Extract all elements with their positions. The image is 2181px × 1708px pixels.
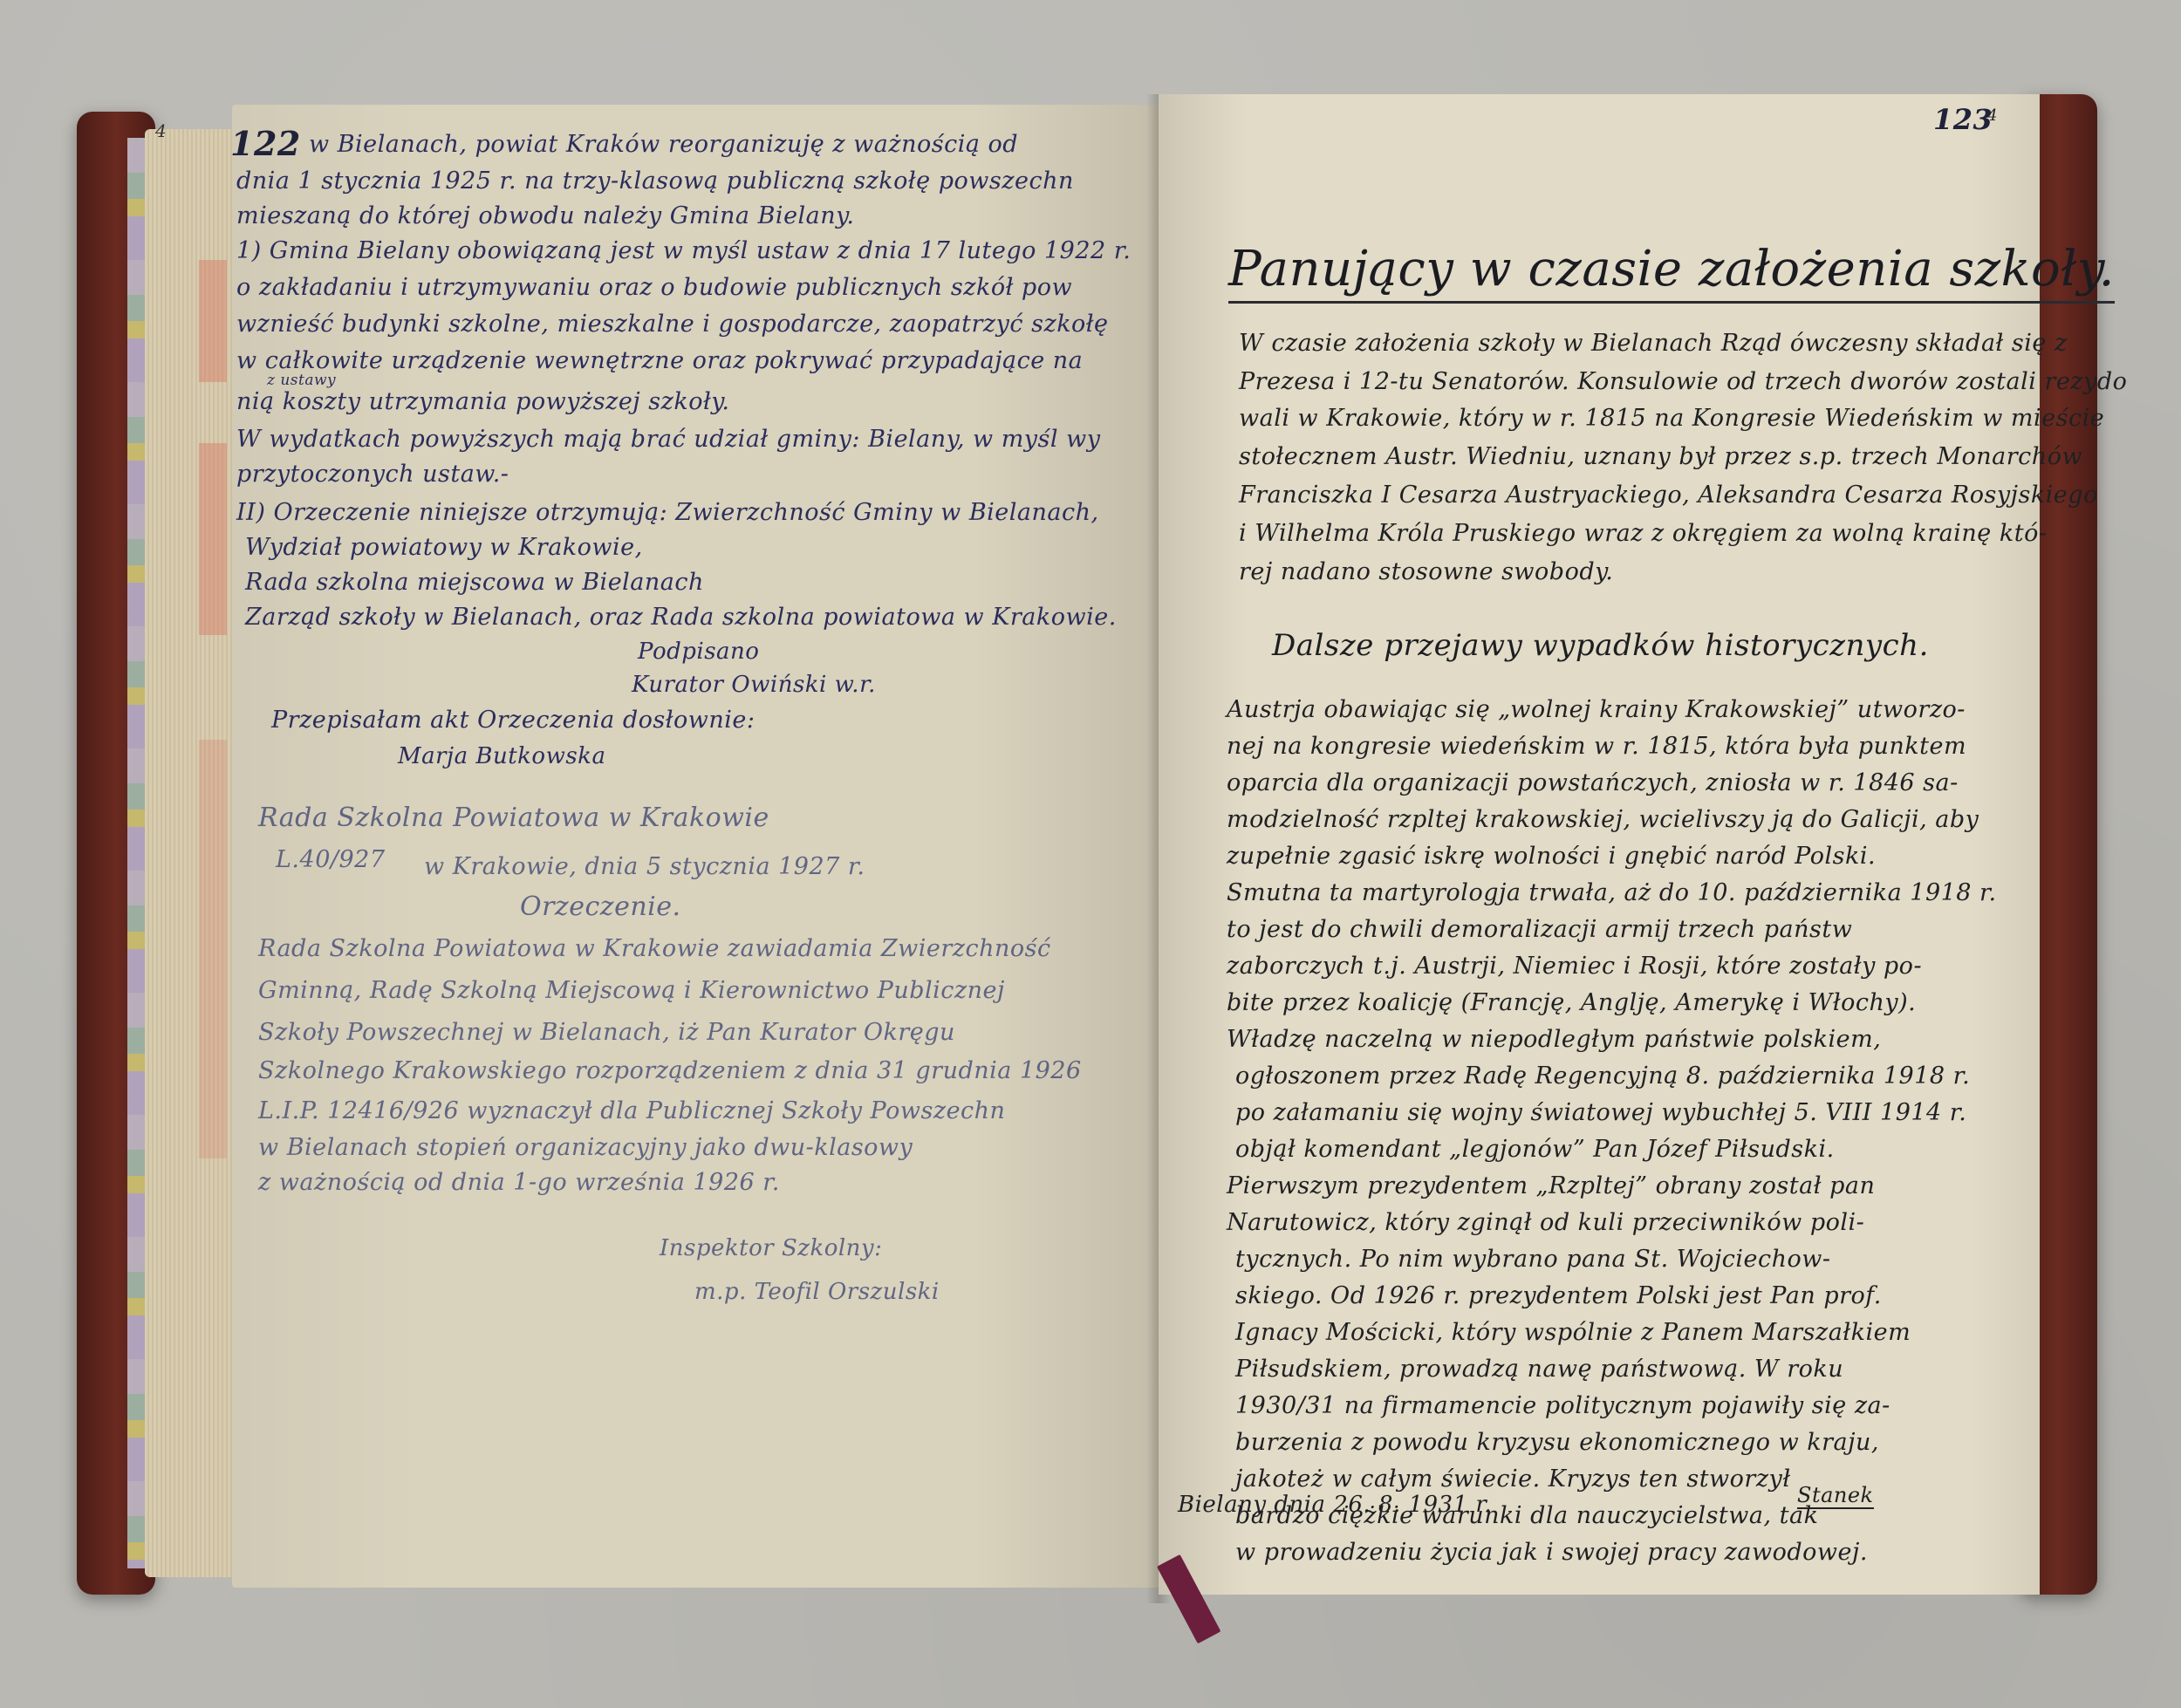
ruling-reference: L.40/927 — [276, 846, 386, 873]
text-line: w Bielanach stopień organizacyjny jako d… — [258, 1134, 913, 1161]
text-line: dnia 1 stycznia 1925 r. na trzy-klasową … — [236, 167, 1074, 195]
text-line: tycznych. Po nim wybrano pana St. Wojcie… — [1235, 1246, 1831, 1273]
copy-note: Przepisałam akt Orzeczenia dosłownie: — [271, 707, 755, 734]
text-line: z ważnością od dnia 1-go września 1926 r… — [258, 1169, 780, 1196]
text-line: Rada szkolna miejscowa w Bielanach — [245, 569, 704, 596]
marbled-endpaper — [127, 138, 147, 1568]
interlinear-note: z ustawy — [267, 372, 336, 389]
ruling-title: Orzeczenie. — [520, 892, 681, 922]
page-number: 123 — [1933, 103, 1993, 136]
text-line: Wydział powiatowy w Krakowie, — [245, 534, 643, 561]
text-line: Ignacy Mościcki, który wspólnie z Panem … — [1235, 1319, 1911, 1346]
red-edge-stain — [199, 740, 227, 1158]
page-edges-left — [145, 129, 232, 1577]
text-line: Rada Szkolna Powiatowa w Krakowie zawiad… — [258, 935, 1051, 962]
text-line: nej na kongresie wiedeńskim w r. 1815, k… — [1227, 733, 1966, 760]
text-line: Narutowicz, który zginął od kuli przeciw… — [1227, 1209, 1864, 1236]
text-line: Gminną, Radę Szkolną Miejscową i Kierown… — [258, 977, 1005, 1004]
text-line: Zarząd szkoły w Bielanach, oraz Rada szk… — [245, 604, 1117, 631]
ruling-place-date: w Krakowie, dnia 5 stycznia 1927 r. — [424, 853, 865, 880]
text-line: Szkolnego Krakowskiego rozporządzeniem z… — [258, 1057, 1082, 1084]
red-edge-stain — [199, 443, 227, 635]
page-number: 122 — [230, 124, 301, 163]
text-line: objął komendant „legjonów” Pan Józef Pił… — [1235, 1136, 1835, 1163]
text-line: Pierwszym prezydentem „Rzpltej” obrany z… — [1227, 1172, 1875, 1199]
text-line: ogłoszonem przez Radę Regencyjną 8. paźd… — [1235, 1062, 1970, 1090]
text-line: II) Orzeczenie niniejsze otrzymują: Zwie… — [236, 499, 1099, 526]
right-page: 123 4 Panujący w czasie założenia szkoły… — [1159, 94, 2040, 1595]
text-line: W wydatkach powyższych mają brać udział … — [236, 426, 1101, 453]
text-line: Smutna ta martyrologja trwała, aż do 10.… — [1227, 879, 1997, 906]
text-line: mieszaną do której obwodu należy Gmina B… — [236, 202, 854, 229]
red-edge-stain — [199, 260, 227, 382]
text-line: to jest do chwili demoralizacji armij tr… — [1227, 916, 1852, 943]
text-line: 1930/31 na firmamencie politycznym pojaw… — [1235, 1392, 1890, 1419]
text-line: w całkowite urządzenie wewnętrzne oraz p… — [236, 347, 1083, 374]
text-line: bite przez koalicję (Francję, Anglję, Am… — [1227, 989, 1916, 1016]
inspector-name: m.p. Teofil Orszulski — [694, 1279, 940, 1305]
copy-signature: Marja Butkowska — [398, 743, 605, 769]
inspector-title: Inspektor Szkolny: — [660, 1235, 882, 1261]
left-page: 4 122 w Bielanach, powiat Kraków reorgan… — [232, 105, 1159, 1588]
ruling-header: Rada Szkolna Powiatowa w Krakowie — [258, 803, 769, 833]
text-line: skiego. Od 1926 r. prezydentem Polski je… — [1235, 1282, 1882, 1309]
text-line: oparcia dla organizacji powstańczych, zn… — [1227, 769, 1959, 796]
closing-date: Bielany dnia 26. 8. 1931 r. — [1178, 1492, 1492, 1518]
text-line: wznieść budynki szkolne, mieszkalne i go… — [236, 311, 1109, 338]
text-line: zupełnie zgasić iskrę wolności i gnębić … — [1227, 843, 1876, 870]
text-line: 1) Gmina Bielany obowiązaną jest w myśl … — [236, 237, 1131, 264]
text-line: wali w Krakowie, który w r. 1815 na Kong… — [1239, 405, 2104, 432]
signed-label: Podpisano — [638, 639, 759, 665]
closing-signature: Stanek — [1797, 1483, 1874, 1509]
text-line: burzenia z powodu kryzysu ekonomicznego … — [1235, 1429, 1879, 1456]
text-line: Szkoły Powszechnej w Bielanach, iż Pan K… — [258, 1019, 955, 1046]
text-line: jakoteż w całym świecie. Kryzys ten stwo… — [1235, 1465, 1791, 1493]
text-line: nią koszty utrzymania powyższej szkoły. — [236, 388, 729, 415]
text-line: w prowadzeniu życia jak i swojej pracy z… — [1235, 1539, 1868, 1566]
text-line: Władzę naczelną w niepodległym państwie … — [1227, 1026, 1881, 1053]
text-line: Franciszka I Cesarza Austryackiego, Alek… — [1239, 482, 2098, 509]
text-line: Austrja obawiając się „wolnej krainy Kra… — [1227, 696, 1966, 723]
section-subtitle: Dalsze przejawy wypadków historycznych. — [1272, 628, 1929, 663]
text-line: rej nadano stosowne swobody. — [1239, 558, 1613, 585]
text-line: w Bielanach, powiat Kraków reorganizuję … — [309, 131, 1018, 158]
corner-mark: 4 — [155, 120, 167, 141]
page-number-annotation: 4 — [1987, 106, 1998, 125]
text-line: i Wilhelma Króla Pruskiego wraz z okręgi… — [1239, 520, 2047, 547]
text-line: zaborczych t.j. Austrji, Niemiec i Rosji… — [1227, 953, 1922, 980]
text-line: po załamaniu się wojny światowej wybuchł… — [1235, 1099, 1966, 1126]
signed-name: Kurator Owiński w.r. — [632, 672, 876, 698]
section-title: Panujący w czasie założenia szkoły. — [1228, 241, 2115, 304]
text-line: Prezesa i 12-tu Senatorów. Konsulowie od… — [1239, 368, 2127, 395]
text-line: L.I.P. 12416/926 wyznaczył dla Publiczne… — [258, 1097, 1005, 1124]
text-line: stołecznem Austr. Wiedniu, uznany był pr… — [1239, 443, 2082, 470]
text-line: modzielność rzpltej krakowskiej, wcieliv… — [1227, 806, 1979, 833]
text-line: o zakładaniu i utrzymywaniu oraz o budow… — [236, 274, 1072, 301]
text-line: W czasie założenia szkoły w Bielanach Rz… — [1239, 330, 2068, 357]
text-line: Piłsudskiem, prowadzą nawę państwową. W … — [1235, 1356, 1843, 1383]
text-line: przytoczonych ustaw.- — [236, 461, 509, 488]
open-book: 4 122 w Bielanach, powiat Kraków reorgan… — [77, 94, 2097, 1602]
